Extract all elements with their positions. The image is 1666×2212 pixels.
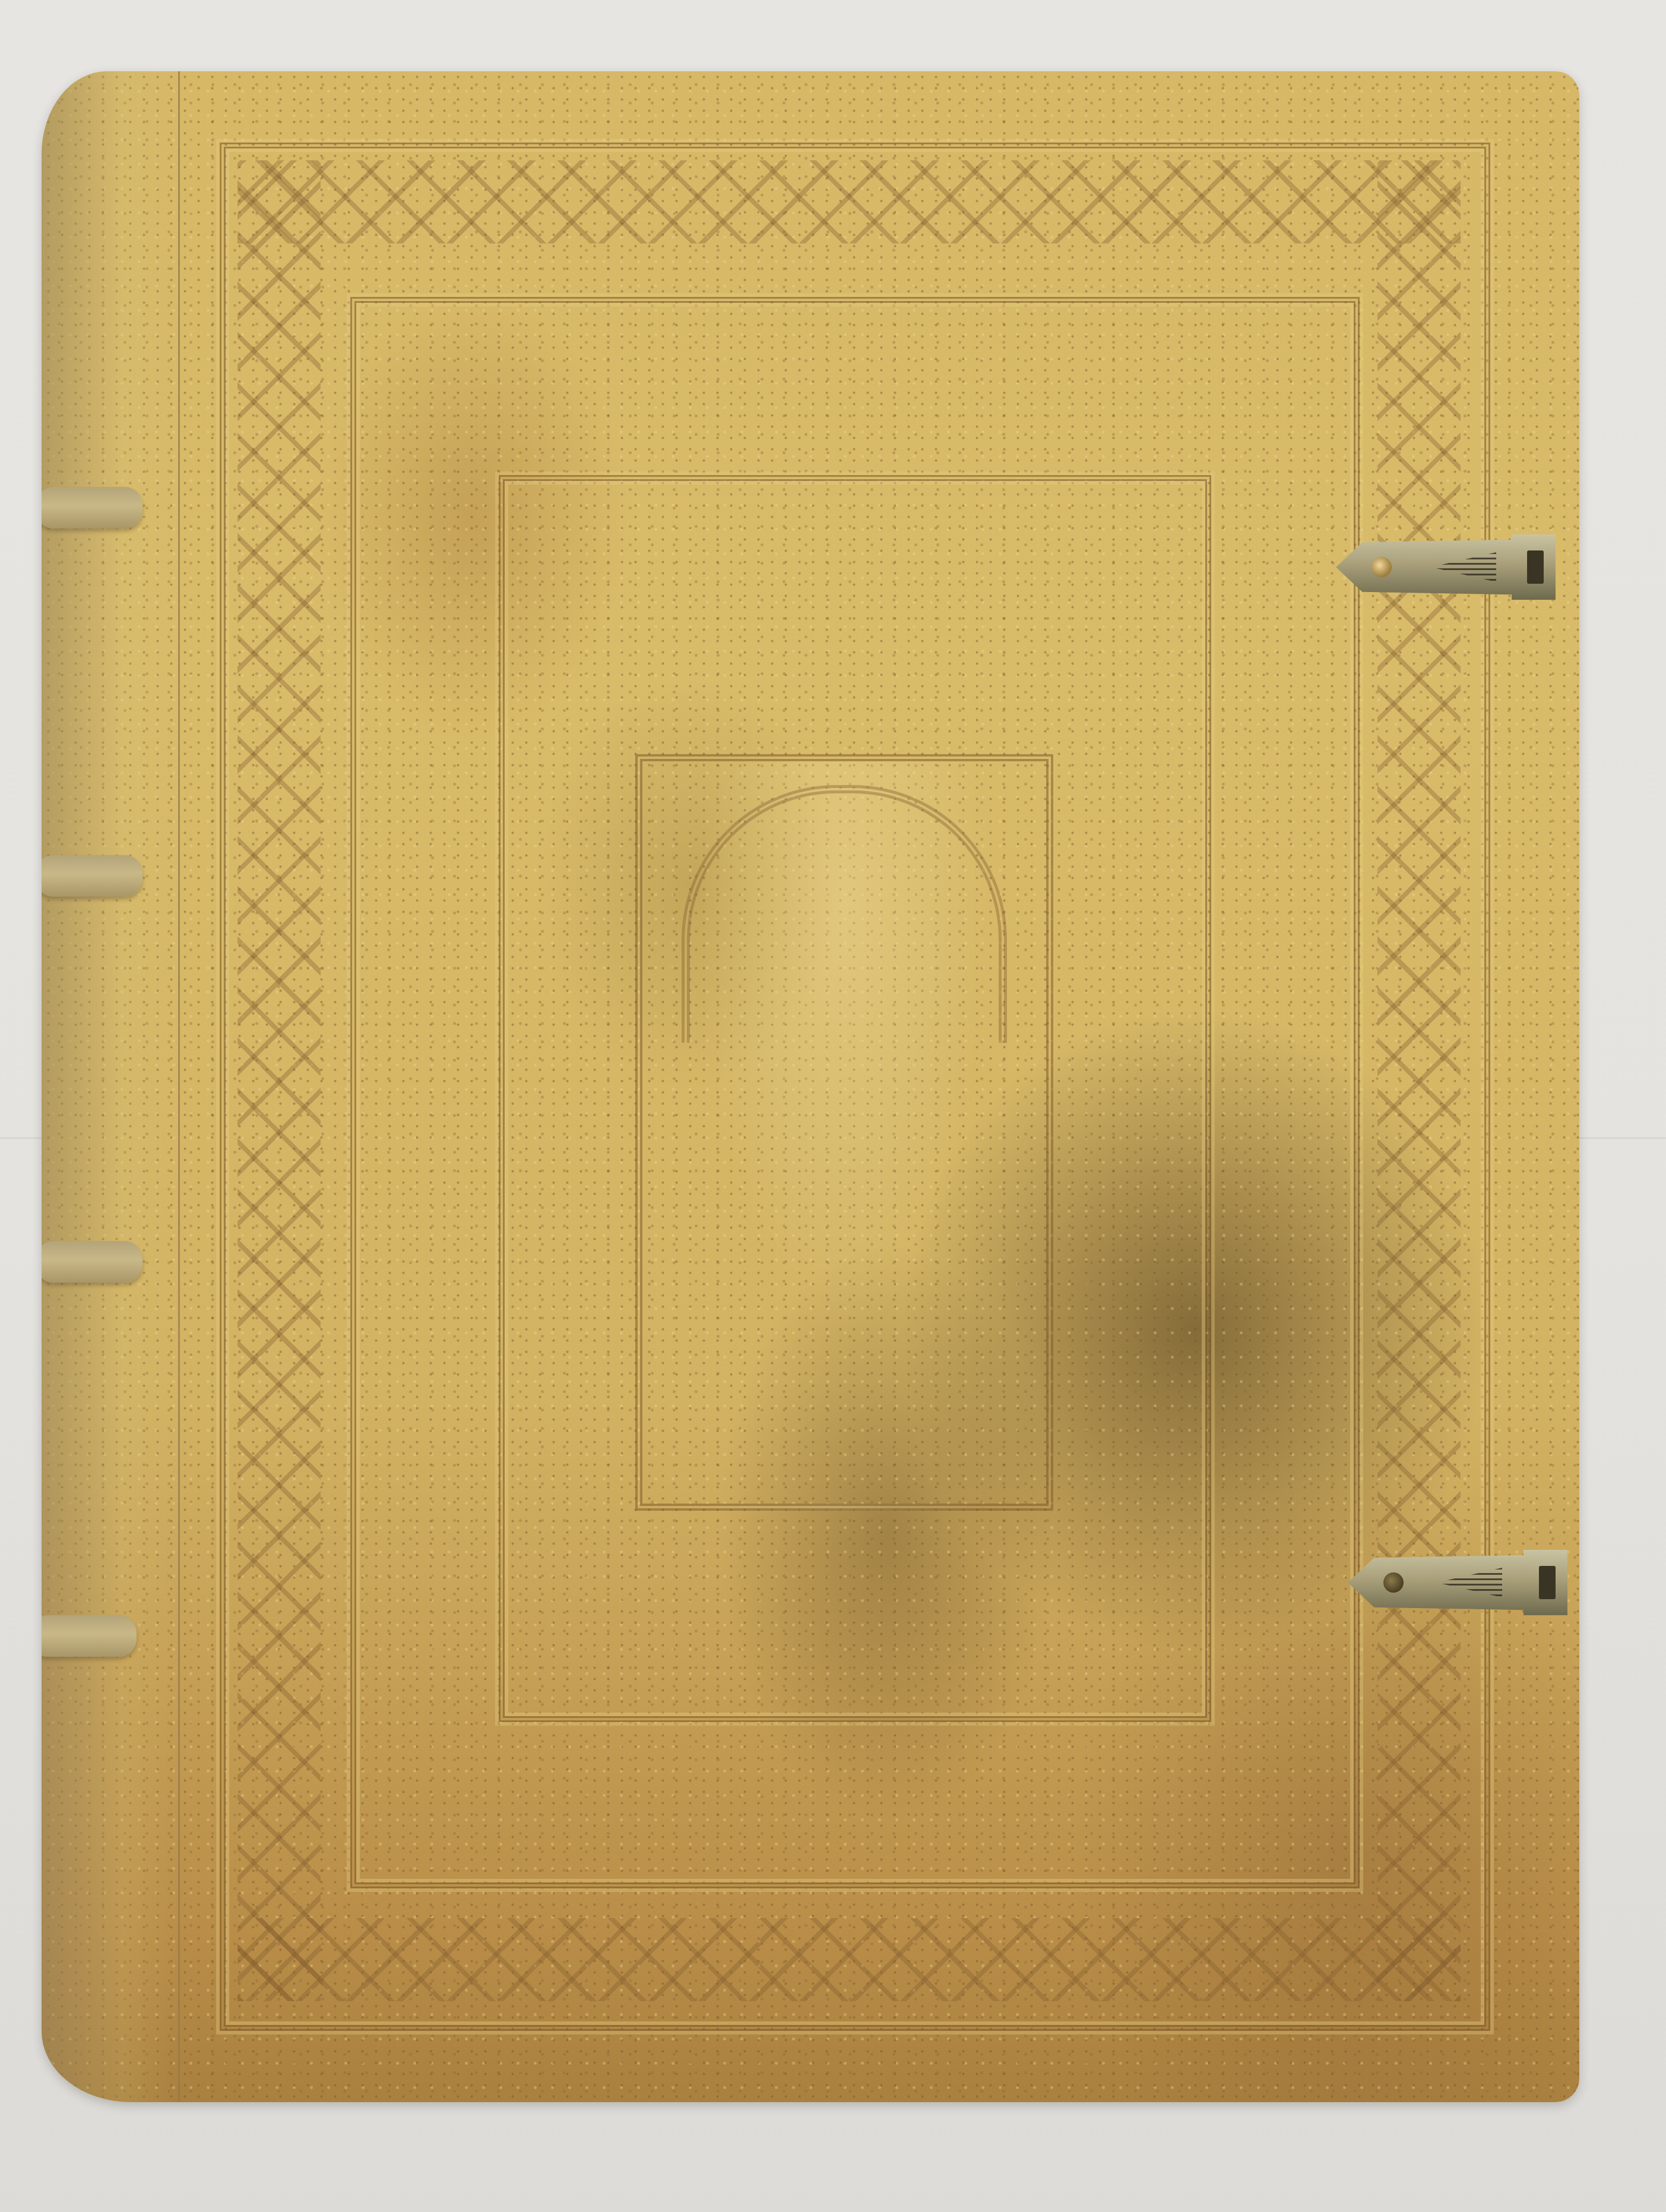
engraved-lines: [1431, 552, 1496, 582]
outer-roll-left: [237, 160, 321, 2001]
raised-band: [42, 1615, 137, 1657]
book-cover: [42, 71, 1579, 2102]
raised-band: [42, 487, 142, 529]
outer-roll-top: [237, 160, 1461, 243]
upper-clasp: [1336, 534, 1556, 600]
outer-roll-bottom: [237, 1918, 1461, 2001]
outer-roll-right: [1377, 160, 1461, 2001]
engraved-lines: [1437, 1568, 1502, 1597]
raised-band: [42, 855, 142, 897]
clasp-slot: [1527, 550, 1544, 584]
arch-ornament: [682, 785, 1007, 1043]
clasp-slot: [1539, 1566, 1556, 1599]
center-panel-stamp: [635, 754, 1053, 1511]
rivet-icon: [1383, 1572, 1404, 1593]
raised-band: [42, 1241, 142, 1283]
lower-clasp: [1348, 1550, 1567, 1615]
spine: [42, 71, 180, 2102]
rivet-icon: [1372, 557, 1392, 577]
